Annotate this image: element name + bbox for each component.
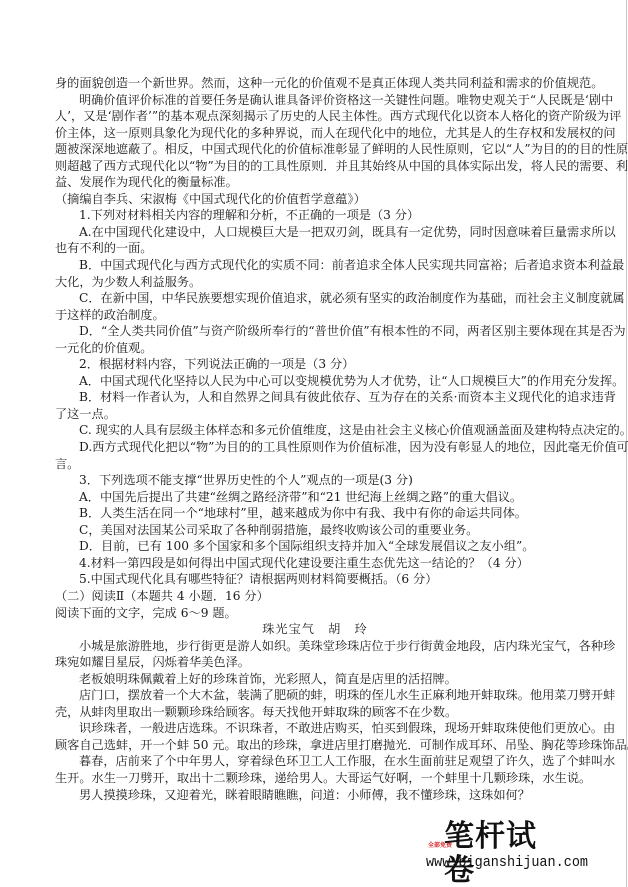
- option-a: A．中国式现代化坚持以人民为中心可以变规模优势为人才优势，让“人口规模巨大”的作…: [55, 373, 575, 390]
- story-line: 暮春，店前来了个中年男人，穿着绿色环卫工人工作服，在水生面前驻足观望了许久，选了…: [55, 753, 575, 770]
- option-a: A.在中国现代化建设中，人口规模巨大是一把双刃剑，既具有一定优势，同时因意味着巨…: [55, 224, 575, 241]
- story-line: 顾客自己选蚌，开一个蚌 50 元。取出的珍珠，拿进店里打磨抛光．可制作成耳环、吊…: [55, 737, 575, 754]
- option-d-cont: 一元化的价值观。: [55, 340, 575, 357]
- story-line: 生开。水生一刀劈开，取出十二颗珍珠，递给男人。大哥运气好啊，一个蚌里十几颗珍珠，…: [55, 770, 575, 787]
- story-line: 小城是旅游胜地，步行街更是游人如织。美珠堂珍珠店位于步行街黄金地段，店内珠光宝气…: [55, 638, 575, 655]
- story-line: 老板娘明珠佩戴着上好的珍珠首饰，光彩照人，简直是店里的活招牌。: [55, 671, 575, 688]
- option-c: C．在新中国，中华民族要想实现价值追求，就必须有坚实的政治制度作为基础，而社会主…: [55, 290, 575, 307]
- question-4: 4.材料一第四段是如何得出中国式现代化建设要注重生态优先这一结论的？（4 分）: [55, 555, 575, 572]
- question-stem: 2．根据材料内容，下列说法正确的一项是（3 分）: [55, 356, 575, 373]
- passage-line: 明确价值评价标准的首要任务是确认谁具备评价资格这一关键性问题。唯物史观关于“人民…: [55, 92, 575, 109]
- option-c: C，美国对法国某公司采取了各种削弱措施，最终收购该公司的重要业务。: [55, 522, 575, 539]
- question-1: 1.下列对材料相关内容的理解和分析，不正确的一项是（3 分） A.在中国现代化建…: [55, 207, 575, 356]
- passage-line: 价主体，这一原则具象化为现代化的多种界说，而人在现代化中的地位，尤其是人的生存权…: [55, 125, 575, 142]
- question-3: 3．下列选项不能支撑“世界历史性的个人”观点的一项是(3 分) A．中国先后提出…: [55, 472, 575, 555]
- option-b: B．中国式现代化与西方式现代化的实质不同：前者追求全体人民实现共同富裕；后者追求…: [55, 257, 575, 274]
- watermark-url: www.biganshijuan.com: [426, 854, 588, 872]
- story-line: 男人摸摸珍珠，又迎着光，眯着眼睛瞧瞧，问道：小师傅，我不懂珍珠，这珠如何？: [55, 787, 575, 804]
- option-b: B．材料一作者认为，人和自然界之间具有彼此依存、互为存在的关系·而资本主义现代化…: [55, 389, 575, 406]
- option-b: B．人类生活在同一个“地球村”里，越来越成为你中有我、我中有你的命运共同体。: [55, 505, 575, 522]
- option-a-cont: 也有不利的一面。: [55, 240, 575, 257]
- passage-line: 益、发展作为现代化的衡量标准。: [55, 174, 575, 191]
- passage-line: 题被深深地遮蔽了。相反，中国式现代化的价值标准彰显了鲜明的人民性原则，它以“人”…: [55, 141, 575, 158]
- story-title: 珠光宝气 胡 玲: [55, 621, 575, 638]
- story-line: 店门口，摆放着一个大木盆，装满了肥硕的蚌，明珠的侄儿水生正麻利地开蚌取珠。他用菜…: [55, 687, 575, 704]
- watermark-logo: 全部免费 笔杆试卷 www.biganshijuan.com: [426, 820, 566, 880]
- option-d-cont: 言。: [55, 456, 575, 473]
- passage-line: 身的面貌创造一个新世界。然而，这种一元化的价值观不是真正体现人类共同利益和需求的…: [55, 75, 575, 92]
- question-5: 5.中国式现代化具有哪些特征？请根据两则材料简要概括。（6 分）: [55, 571, 575, 588]
- option-d: D．目前，已有 100 多个国家和多个国际组织支持并加入“全球发展倡议之友小组”…: [55, 538, 575, 555]
- passage-one: 身的面貌创造一个新世界。然而，这种一元化的价值观不是真正体现人类共同利益和需求的…: [55, 75, 575, 207]
- story-line: 珠宛如耀目星辰，闪烁着华美色泽。: [55, 654, 575, 671]
- question-2: 2．根据材料内容，下列说法正确的一项是（3 分） A．中国式现代化坚持以人民为中…: [55, 356, 575, 472]
- passage-line: 则超越了西方式现代化以“物”为目的的工具性原则．并且其始终从中国的具体实际出发，…: [55, 158, 575, 175]
- option-d: D.西方式现代化把以“物”为目的的工具性原则作为价值标准，因为没有彰显人的地位，…: [55, 439, 575, 456]
- option-d: D．“全人类共同价值”与资产阶级所奉行的“普世价值”有根本性的不同，两者区别主要…: [55, 323, 575, 340]
- passage-source: （摘编自李兵、宋淑梅《中国式现代化的价值哲学意蕴》）: [55, 191, 575, 208]
- section-instruction: 阅读下面的文字，完成 6～9 题。: [55, 605, 575, 622]
- section-heading: （二）阅读Ⅱ（本题共 4 小题．16 分）: [55, 588, 575, 605]
- story-line: 识珍珠者，一般进店选珠。不识珠者，不敢进店购买，怕买到假珠，现场开蚌取珠使他们更…: [55, 720, 575, 737]
- option-b-cont: 大化，为少数人利益服务。: [55, 274, 575, 291]
- story-line: 壳，从蚌肉里取出一颗颗珍珠给顾客。每天找他开蚌取珠的顾客不在少数。: [55, 704, 575, 721]
- exam-document: 身的面貌创造一个新世界。然而，这种一元化的价值观不是真正体现人类共同利益和需求的…: [55, 75, 575, 803]
- passage-line: 人’，又是‘剧作者’”的基本观点深刻揭示了历史的人民主体性。西方式现代化以资本人…: [55, 108, 575, 125]
- option-c: C. 现实的人具有层级主体样态和多元价值维度，这是由社会主义核心价值观涵盖面及建…: [55, 422, 575, 439]
- option-a: A．中国先后提出了共建“丝绸之路经济带”和“21 世纪海上丝绸之路”的重大倡议。: [55, 489, 575, 506]
- question-stem: 1.下列对材料相关内容的理解和分析，不正确的一项是（3 分）: [55, 207, 575, 224]
- option-c-cont: 于这样的政治制度。: [55, 307, 575, 324]
- section-two: （二）阅读Ⅱ（本题共 4 小题．16 分） 阅读下面的文字，完成 6～9 题。 …: [55, 588, 575, 803]
- question-stem: 3．下列选项不能支撑“世界历史性的个人”观点的一项是(3 分): [55, 472, 575, 489]
- option-b-cont: 了这一点。: [55, 406, 575, 423]
